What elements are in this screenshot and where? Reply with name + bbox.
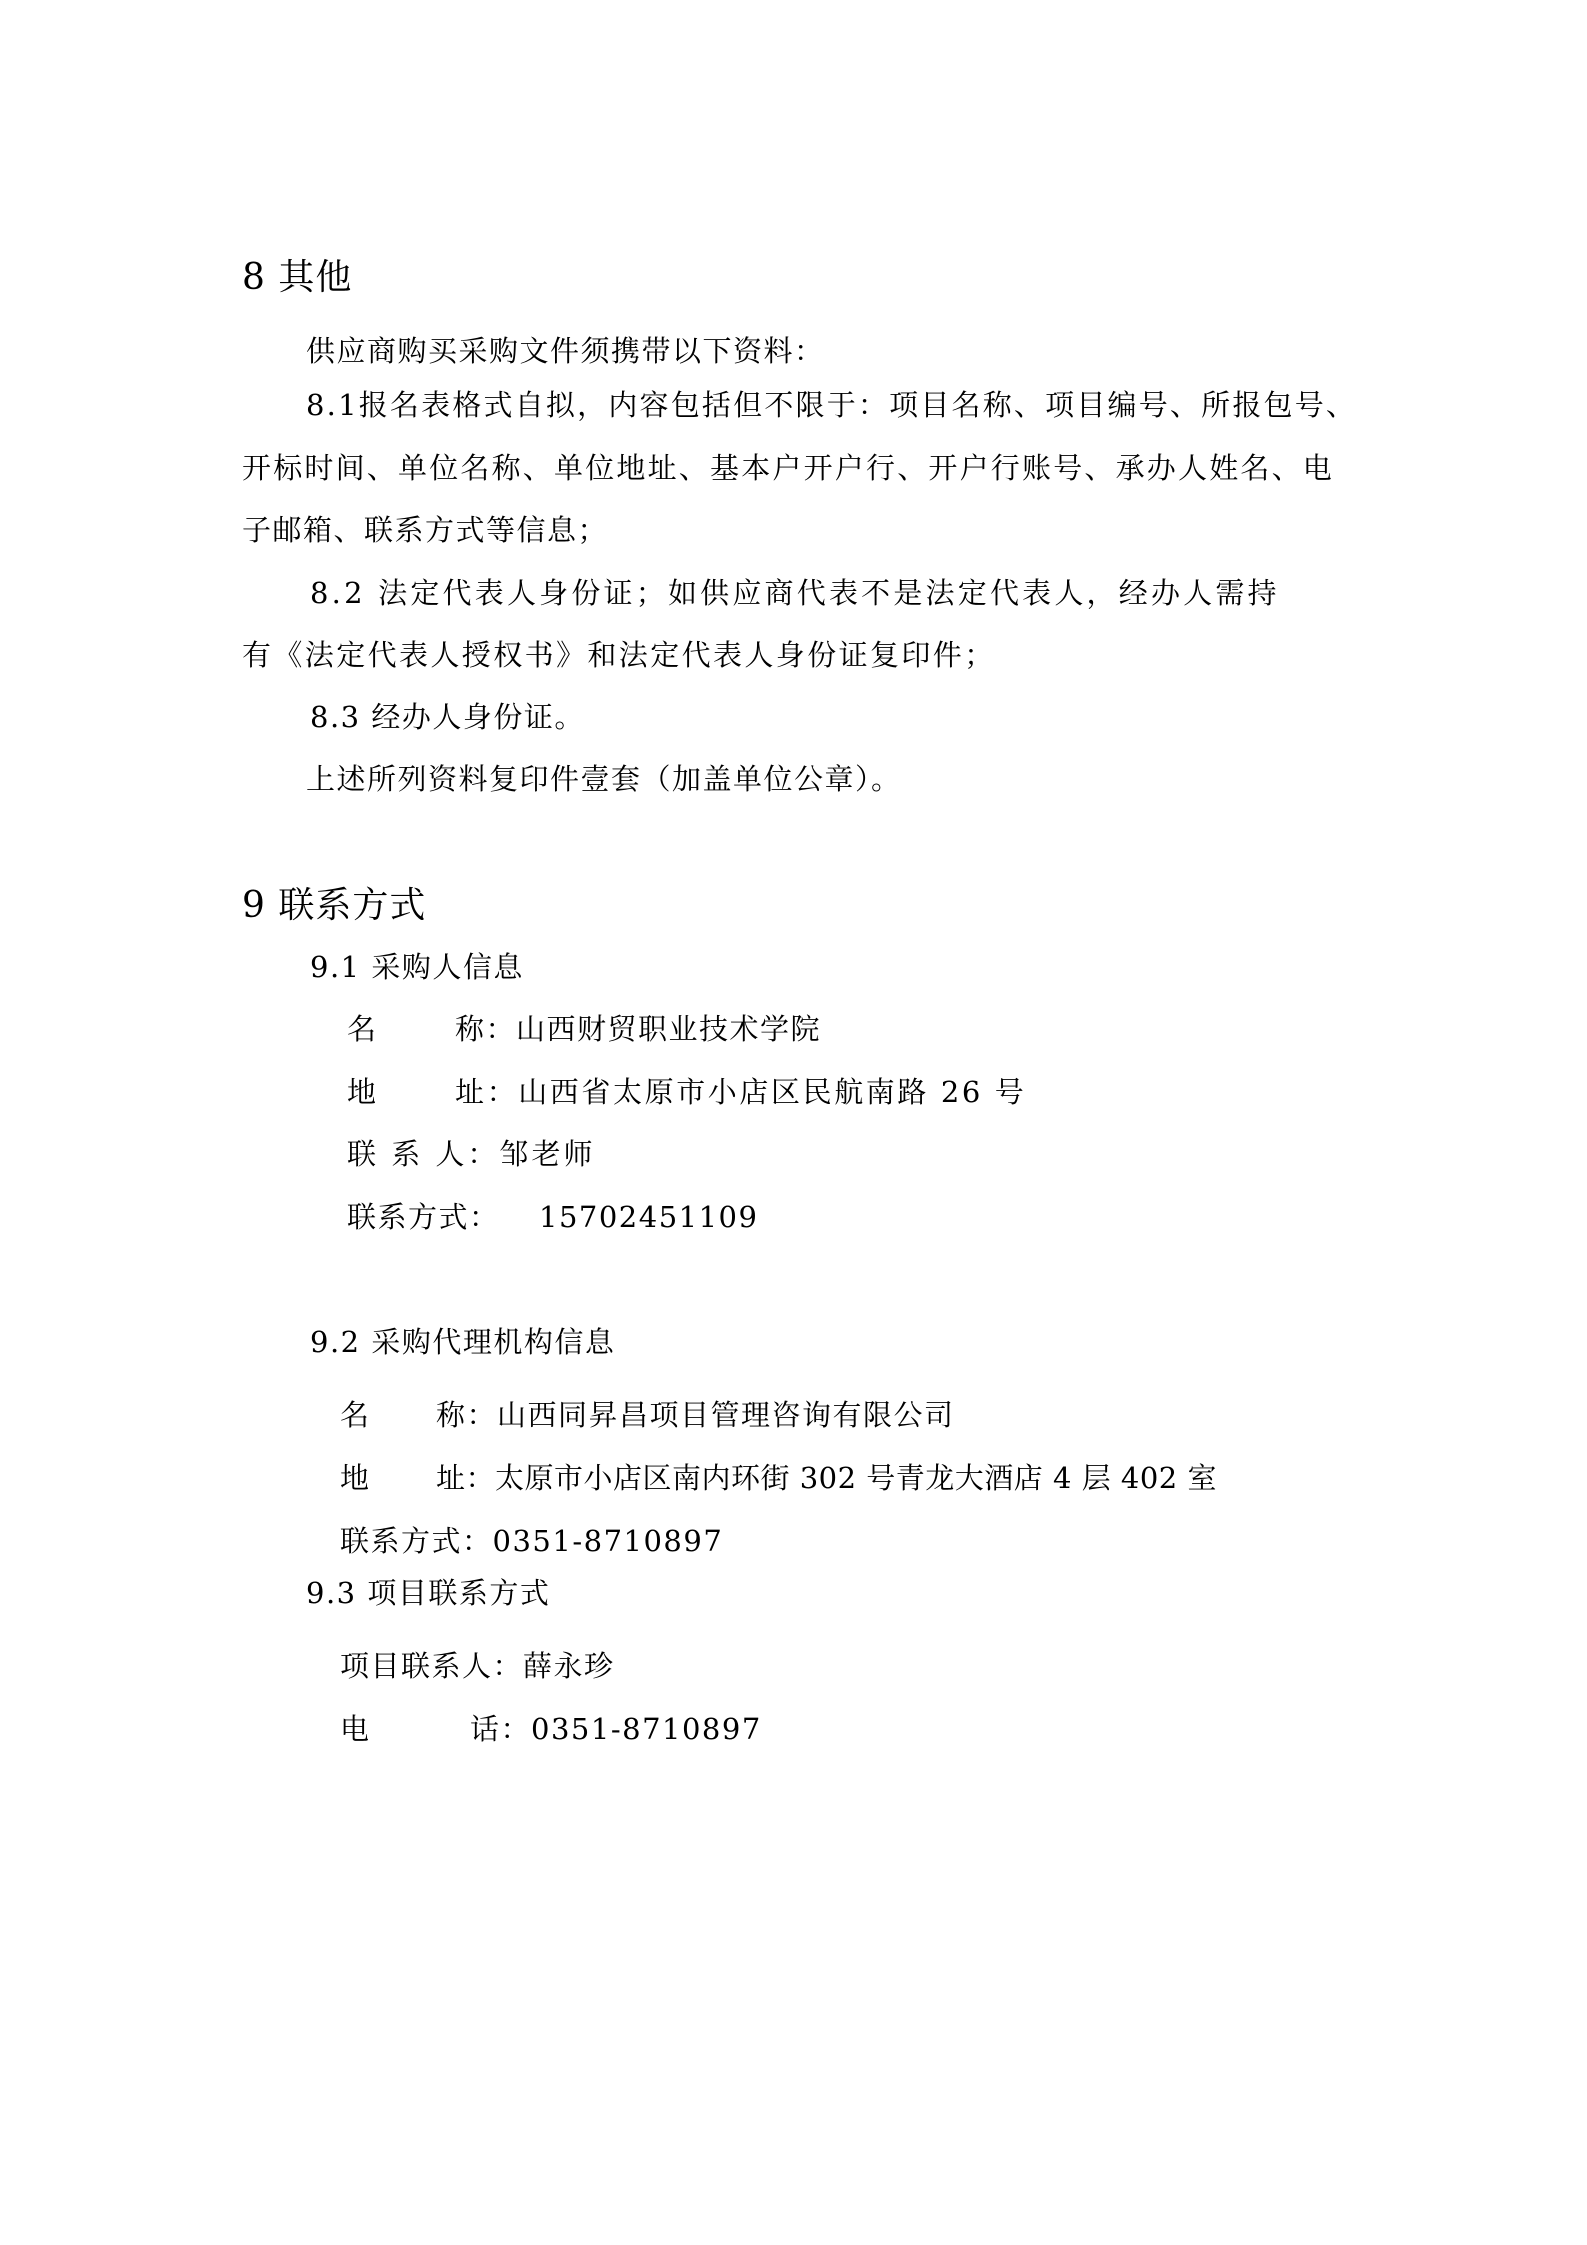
purchaser-address-row: 地址：山西省太原市小店区民航南路 26 号 bbox=[347, 1078, 1026, 1107]
project-contact-person-value: 薛永珍 bbox=[523, 1649, 615, 1683]
agency-name-row: 名称：山西同昇昌项目管理咨询有限公司 bbox=[340, 1401, 955, 1430]
agency-address-label-b: 址： bbox=[436, 1464, 495, 1493]
purchaser-name-label-b: 称： bbox=[455, 1015, 516, 1044]
section-8-item-2-line-2: 有《法定代表人授权书》和法定代表人身份证复印件； bbox=[242, 641, 996, 670]
purchaser-name-value: 山西财贸职业技术学院 bbox=[516, 1012, 821, 1046]
project-contact-person-row: 项目联系人：薛永珍 bbox=[340, 1652, 615, 1681]
document-page: 8 其他 供应商购买采购文件须携带以下资料： 8.1报名表格式自拟，内容包括但不… bbox=[0, 0, 1587, 2245]
agency-address-row: 地址：太原市小店区南内环街 302 号青龙大酒店 4 层 402 室 bbox=[340, 1464, 1217, 1493]
purchaser-phone-label: 联系方式： bbox=[347, 1203, 539, 1232]
purchaser-name-label-a: 名 bbox=[347, 1015, 455, 1044]
purchaser-contact-label: 联 系 人： bbox=[347, 1137, 499, 1171]
agency-name-label-a: 名 bbox=[340, 1401, 436, 1430]
project-contact-phone-label-b: 话： bbox=[470, 1715, 531, 1744]
purchaser-phone-row: 联系方式：15702451109 bbox=[347, 1203, 758, 1232]
purchaser-contact-value: 邹老师 bbox=[499, 1137, 595, 1171]
agency-phone-row: 联系方式：0351-8710897 bbox=[340, 1527, 723, 1556]
purchaser-address-label-a: 地 bbox=[347, 1078, 455, 1107]
agency-name-value: 山西同昇昌项目管理咨询有限公司 bbox=[497, 1398, 955, 1432]
purchaser-phone-value: 15702451109 bbox=[539, 1200, 758, 1234]
agency-address-value: 太原市小店区南内环街 302 号青龙大酒店 4 层 402 室 bbox=[495, 1461, 1217, 1495]
section-9-heading: 9 联系方式 bbox=[242, 888, 426, 924]
section-8-intro: 供应商购买采购文件须携带以下资料： bbox=[306, 337, 825, 366]
project-contact-title: 9.3 项目联系方式 bbox=[306, 1579, 550, 1608]
purchaser-title: 9.1 采购人信息 bbox=[310, 953, 524, 982]
section-8-item-1-line-3: 子邮箱、联系方式等信息； bbox=[242, 516, 608, 545]
section-8-heading: 8 其他 bbox=[242, 260, 352, 296]
section-8-note: 上述所列资料复印件壹套（加盖单位公章）。 bbox=[306, 765, 902, 794]
purchaser-name-row: 名称：山西财贸职业技术学院 bbox=[347, 1015, 821, 1044]
agency-name-label-b: 称： bbox=[436, 1401, 497, 1430]
section-8-item-2-line-1: 8.2 法定代表人身份证；如供应商代表不是法定代表人，经办人需持 bbox=[310, 579, 1280, 608]
purchaser-address-label-b: 址： bbox=[455, 1078, 518, 1107]
project-contact-phone-value: 0351-8710897 bbox=[531, 1712, 762, 1746]
project-contact-person-label: 项目联系人： bbox=[340, 1649, 523, 1683]
section-8-item-3: 8.3 经办人身份证。 bbox=[310, 703, 585, 732]
agency-title: 9.2 采购代理机构信息 bbox=[310, 1328, 615, 1357]
project-contact-phone-label-a: 电 bbox=[340, 1715, 470, 1744]
section-8-item-1-line-2: 开标时间、单位名称、单位地址、基本户开户行、开户行账号、承办人姓名、电 bbox=[242, 454, 1334, 483]
purchaser-address-value: 山西省太原市小店区民航南路 26 号 bbox=[518, 1075, 1026, 1109]
section-8-item-1-line-1: 8.1报名表格式自拟，内容包括但不限于：项目名称、项目编号、所报包号、 bbox=[306, 391, 1357, 420]
agency-phone-label: 联系方式： bbox=[340, 1524, 493, 1558]
project-contact-phone-row: 电话：0351-8710897 bbox=[340, 1715, 762, 1744]
agency-phone-value: 0351-8710897 bbox=[493, 1524, 724, 1558]
agency-address-label-a: 地 bbox=[340, 1464, 436, 1493]
purchaser-contact-row: 联 系 人：邹老师 bbox=[347, 1140, 595, 1169]
